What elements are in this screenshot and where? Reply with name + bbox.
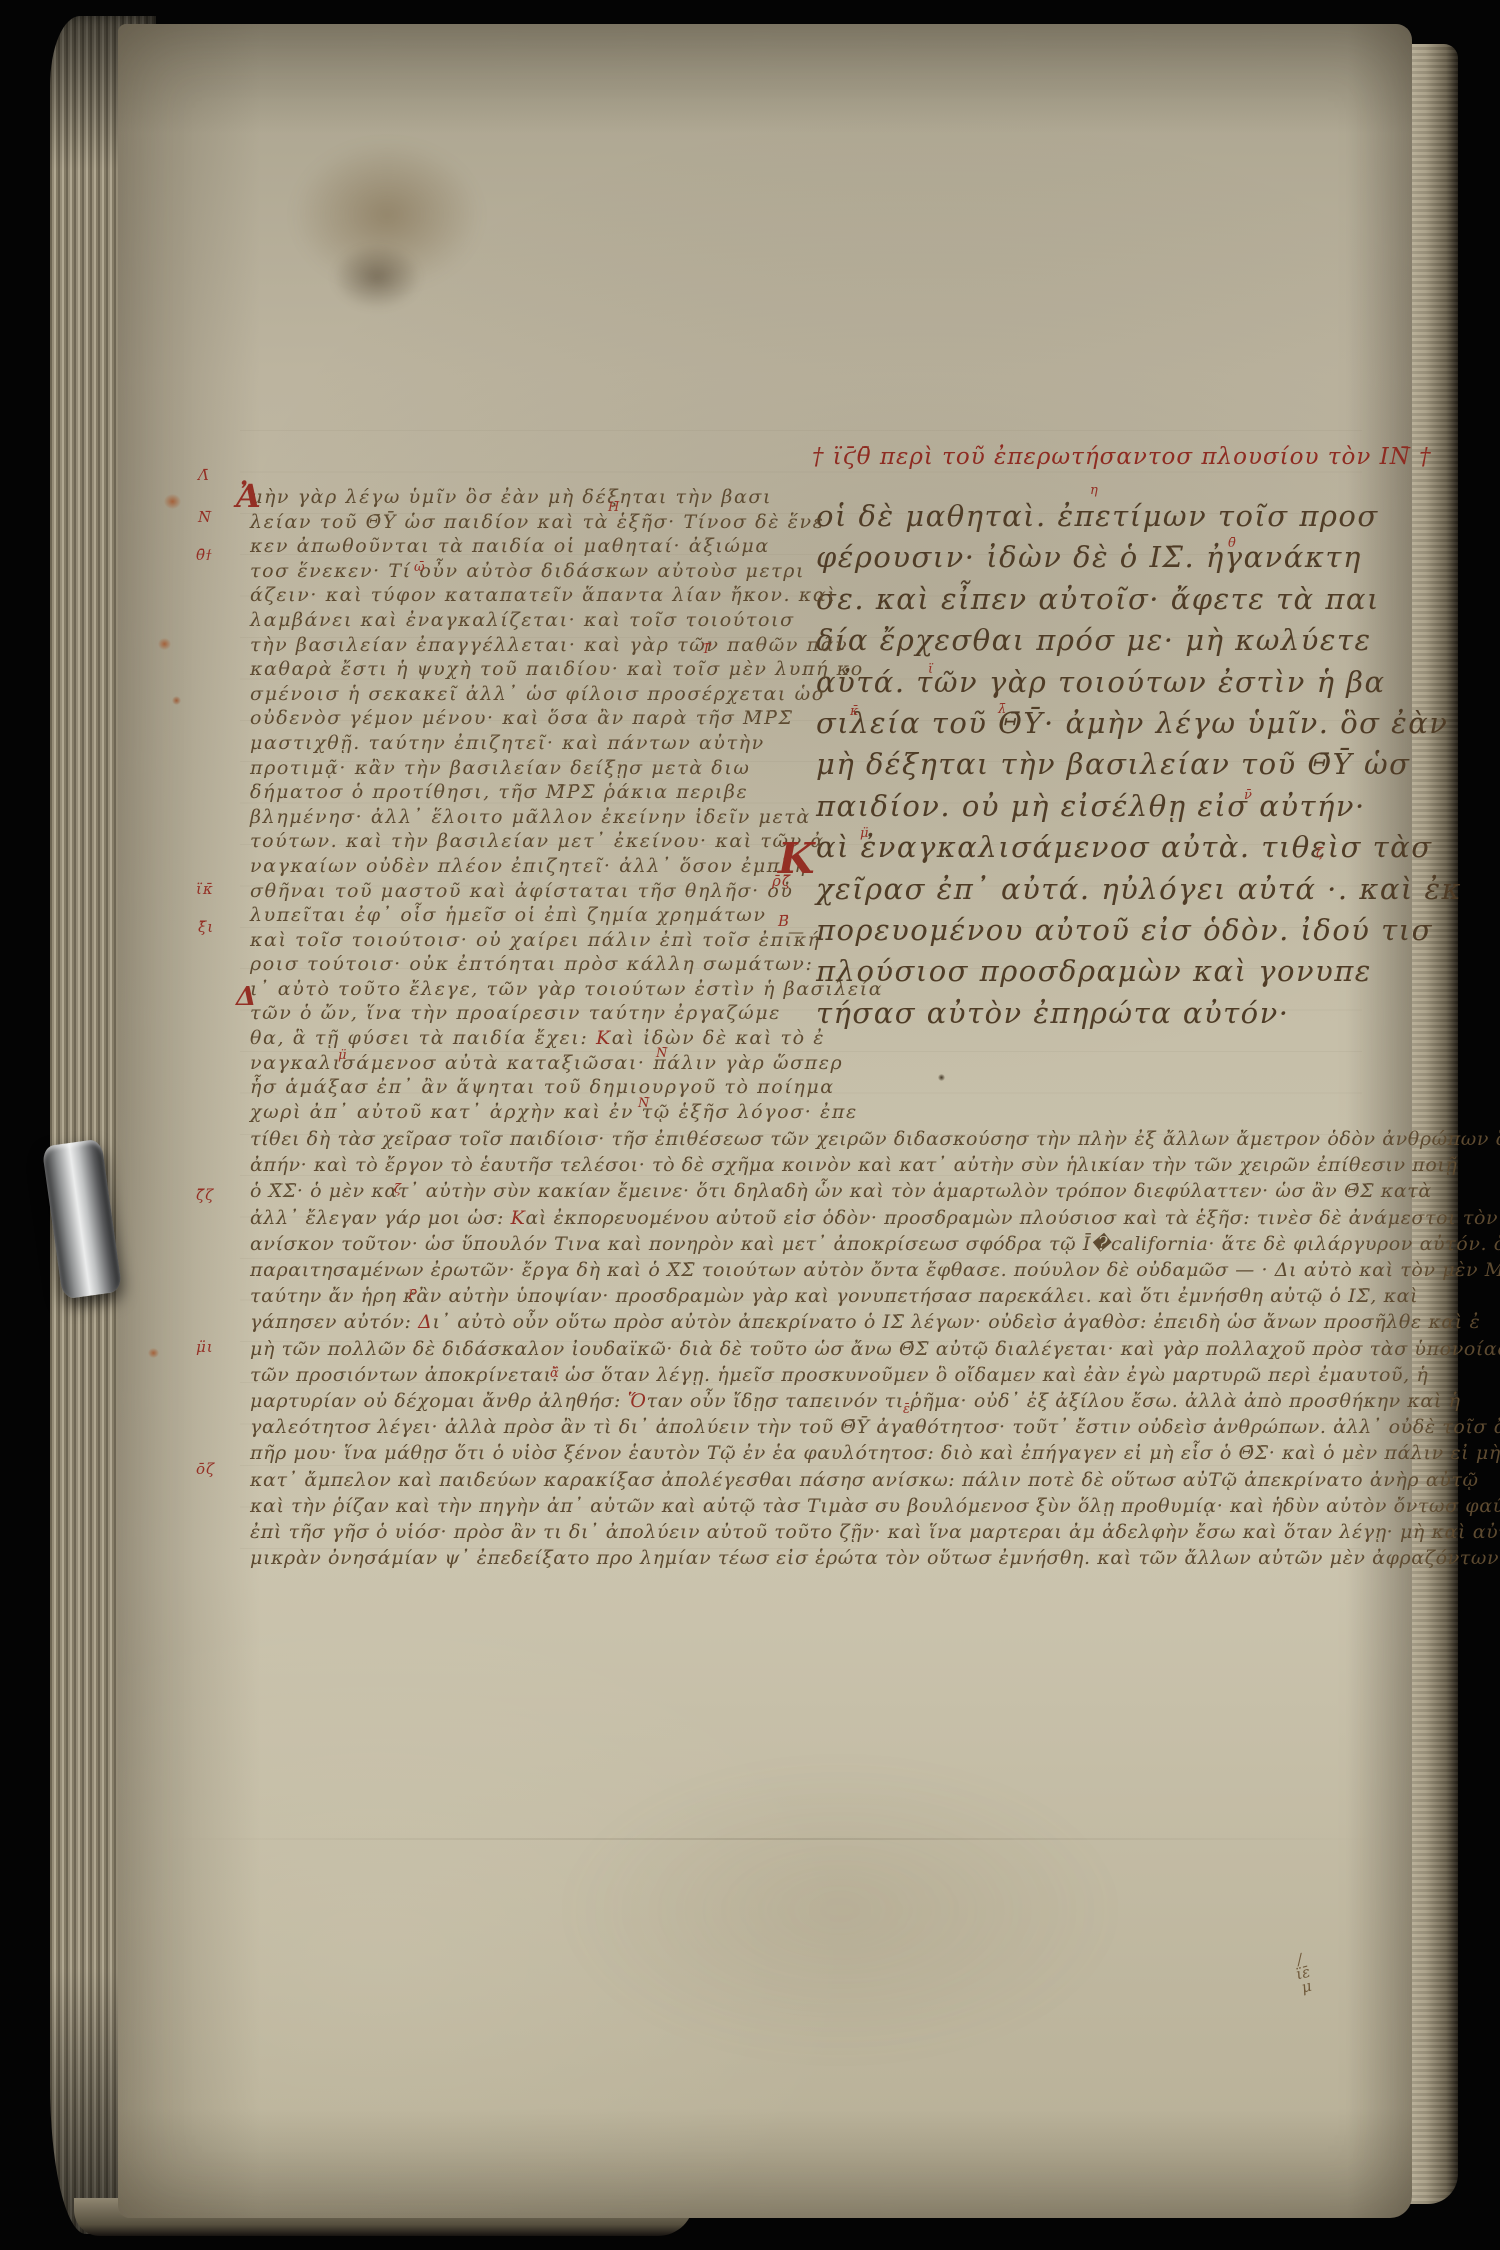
commentary-text-line: κατ᾽ ἄμπελον καὶ παιδεύων καρακίξασ ἀπολ…: [250, 1467, 1500, 1493]
gospel-text-line: παιδίον. οὐ μὴ εἰσέλθῃ εἰσ αὐτήν·: [816, 786, 1462, 827]
commentary-text-line: προτιμᾷ· κἂν τὴν βασιλείαν δείξῃσ μετὰ δ…: [250, 756, 883, 781]
rust-spot: [172, 696, 181, 705]
gospel-text-line: αὶ ἐναγκαλισάμενοσ αὐτὰ. τιθεὶσ τὰσ: [816, 827, 1462, 868]
commentary-text-line: τῶν προσιόντων ἀποκρίνεται. ὡσ ὅταν λέγῃ…: [250, 1362, 1500, 1388]
interlinear-correction: ε̄: [903, 1402, 910, 1417]
margin-section-letter: Ν̄: [198, 508, 212, 526]
margin-section-letter: μ̈ι: [196, 1338, 214, 1356]
commentary-text-line: μαστιχθῇ. ταύτην ἐπιζητεῖ· καὶ πάντων αὐ…: [250, 731, 883, 756]
gospel-text-line: φέρουσιν· ἰδὼν δὲ ὁ ΙΣ̄. ἠγανάκτη: [816, 537, 1462, 578]
commentary-text-line: ἐπὶ τῆσ γῆσ ὁ υἱόσ· πρὸσ ἂν τι δι᾽ ἀπολύ…: [250, 1519, 1500, 1545]
interlinear-correction: η: [1090, 483, 1098, 498]
rust-spot: [148, 1348, 159, 1358]
commentary-text-line: κεν ἀπωθοῦνται τὰ παιδία οἱ μαθηταί· ἀξι…: [250, 534, 883, 559]
interlinear-correction: ν̄: [1244, 788, 1252, 803]
commentary-text-line: ι᾽ αὐτὸ τοῦτο ἔλεγε, τῶν γὰρ τοιούτων ἐσ…: [250, 977, 883, 1002]
commentary-column: μὴν γὰρ λέγω ὑμῖν ὃσ ἐὰν μὴ δέξηται τὴν …: [250, 485, 883, 1124]
interlinear-correction: θ̄: [1228, 536, 1236, 551]
commentary-text-line: άζειν· καὶ τύφον καταπατεῖν ἅπαντα λίαν …: [250, 583, 883, 608]
commentary-text-line: λείαν τοῦ Θ̄Ῡ ὡσ παιδίον καὶ τὰ ἑξῆσ· Τί…: [250, 510, 883, 535]
commentary-text-line: γαλεότητοσ λέγει· ἀλλὰ πρὸσ ἂν τὶ δι᾽ ἀπ…: [250, 1414, 1500, 1440]
margin-section-letter: ϊκ̄: [196, 880, 214, 898]
gospel-text-line: οἱ δὲ μαθηταὶ. ἐπετίμων τοῖσ προσ: [816, 496, 1462, 537]
commentary-text-line: ἀλλ᾽ ἔλεγαν γάρ μοι ὡσ: Καὶ ἐκπορευομένο…: [250, 1205, 1500, 1231]
gospel-text-line: σιλεία τοῦ Θ̄Ῡ· ἀμὴν λέγω ὑμῖν. ὃσ ἐὰν: [816, 703, 1462, 744]
interlinear-correction: ἅ̈: [550, 1366, 559, 1381]
commentary-text-line: καὶ τὴν ῥίζαν καὶ τὴν πηγὴν ἀπ᾽ αὐτῶν κα…: [250, 1493, 1500, 1519]
commentary-text-line: ροισ τούτοισ· οὐκ ἐπτόηται πρὸσ κάλλη σω…: [250, 952, 883, 977]
interlinear-correction: ζ̄: [394, 1182, 401, 1197]
commentary-text-line: πῆρ μου· ἵνα μάθῃσ ὅτι ὁ υἱὸσ ξένον ἑαυτ…: [250, 1440, 1500, 1466]
commentary-text-line: τὴν βασιλείαν ἐπαγγέλλεται· καὶ γὰρ τῶν …: [250, 633, 883, 658]
ink-dot: [938, 1074, 945, 1081]
margin-section-letter: ξ̄ι: [198, 918, 214, 936]
commentary-text-line: παραιτησαμένων ἐρωτῶν· ἔργα δὴ καὶ ὁ Χ̄Σ…: [250, 1257, 1500, 1283]
chapter-rubric: † ϊϛ̄θ̄ περὶ τοῦ ἐπερωτήσαντοσ πλουσίου …: [812, 444, 1432, 470]
margin-section-letter: θ̄ϯ: [196, 546, 212, 565]
gospel-text-line: αὐτά. τῶν γὰρ τοιούτων ἐστὶν ἡ βα: [816, 662, 1462, 703]
gospel-text-line: χεῖρασ ἐπ᾽ αὐτά. ηὐλόγει αὐτά ·. καὶ ἐκ: [816, 869, 1462, 910]
gospel-text-column: οἱ δὲ μαθηταὶ. ἐπετίμων τοῖσ προσφέρουσι…: [816, 496, 1462, 1034]
commentary-text-line: ὁ Χ̄Σ̄· ὁ μὲν κατ᾽ αὐτὴν σὺν κακίαν ἔμει…: [250, 1178, 1500, 1204]
gospel-text-line: πλούσιοσ προσδραμὼν καὶ γονυπε: [816, 951, 1462, 992]
manuscript-photo: † ϊϛ̄θ̄ περὶ τοῦ ἐπερωτήσαντοσ πλουσίου …: [0, 0, 1500, 2250]
commentary-text-line: γάπησεν αὐτόν: Δι᾽ αὐτὸ οὖν οὕτω πρὸσ αὐ…: [250, 1309, 1500, 1335]
book-page-edges-right: [1404, 44, 1458, 2204]
interlinear-correction: Ν̄: [638, 1096, 649, 1111]
interlinear-correction: κ̄: [850, 704, 859, 719]
commentary-text-line: ἀπήν· καὶ τὸ ἔργον τὸ ἑαυτῆσ τελέσοι· τὸ…: [250, 1152, 1500, 1178]
commentary-text-line: τοσ ἕνεκεν· Τί οὖν αὐτὸσ διδάσκων αὐτοὺσ…: [250, 559, 883, 584]
commentary-text-line: μαρτυρίαν οὐ δέχομαι ἄνθρ ἀληθήσ: Ὅταν ο…: [250, 1388, 1500, 1414]
rubricated-initial: Ἀ: [236, 480, 261, 512]
margin-section-letter: Λ̄: [198, 466, 210, 484]
commentary-text-line: δήματοσ ὁ προτίθησι, τῆσ Μ̄Ρ̄Σ̄ ῥάκια πε…: [250, 780, 883, 805]
commentary-text-line: ταύτην ἄν ἡρη κἂν αὐτὴν ὑποψίαν· προσδρα…: [250, 1283, 1500, 1309]
commentary-text-line: μὴν γὰρ λέγω ὑμῖν ὃσ ἐὰν μὴ δέξηται τὴν …: [250, 485, 883, 510]
commentary-block: τίθει δὴ τὰσ χεῖρασ τοῖσ παιδίοισ· τῆσ ἐ…: [250, 1126, 1500, 1571]
rust-spot: [158, 638, 171, 650]
commentary-text-line: τίθει δὴ τὰσ χεῖρασ τοῖσ παιδίοισ· τῆσ ἐ…: [250, 1126, 1500, 1152]
interlinear-correction: μ̈: [338, 1048, 346, 1063]
interlinear-correction: ϊ: [928, 662, 933, 677]
commentary-text-line: σμένοισ ἡ σεκακεῖ ἀλλ᾽ ὡσ φίλοισ προσέρχ…: [250, 682, 883, 707]
interlinear-correction: Ν̄: [656, 1046, 667, 1061]
interlinear-correction: ω̄: [414, 560, 425, 575]
commentary-text-line: τῶν ὁ ὤν, ἵνα τὴν προαίρεσιν ταύτην ἐργα…: [250, 1001, 883, 1026]
gospel-text-line: πορευομένου αὐτοῦ εἰσ ὁδὸν. ἰδού τισ: [816, 910, 1462, 951]
stain: [560, 1760, 1120, 2060]
gospel-text-line: σε. καὶ εἶπεν αὐτοῖσ· ἄφετε τὰ παι: [816, 579, 1462, 620]
commentary-text-line: μικρὰν ὀνησάμίαν ψ᾽ ἐπεδείξατο προ λημία…: [250, 1545, 1500, 1571]
gospel-text-line: δία ἔρχεσθαι πρόσ με· μὴ κωλύετε: [816, 620, 1462, 661]
quire-mark-line: μ: [1298, 1978, 1315, 1995]
interlinear-correction: Ρ̄: [408, 1288, 417, 1303]
commentary-text-line: μὴ τῶν πολλῶν δὲ διδάσκαλον ἰουδαϊκῶ· δι…: [250, 1336, 1500, 1362]
interlinear-correction: ζ̄: [1316, 846, 1323, 861]
commentary-text-line: βλημένησ· ἀλλ᾽ ἕλοιτο μᾶλλον ἐκείνην ἰδε…: [250, 805, 883, 830]
stain: [332, 244, 422, 310]
commentary-text-line: καθαρὰ ἔστι ἡ ψυχὴ τοῦ παιδίου· καὶ τοῖσ…: [250, 657, 883, 682]
rust-spot: [164, 494, 181, 509]
interlinear-correction: μ̈: [860, 826, 868, 841]
parchment-crease: [160, 1838, 1380, 1840]
interlinear-correction: Τ̄: [702, 642, 711, 657]
margin-section-letter: ο̄ζ: [196, 1460, 215, 1478]
commentary-text-line: οὐδενὸσ γέμον μένου· καὶ ὅσα ἂν παρὰ τῆσ…: [250, 706, 883, 731]
commentary-text-line: ἧσ ἁμάξασ ἐπ᾽ ἂν ἅψηται τοῦ δημιουργοῦ τ…: [250, 1075, 883, 1100]
interlinear-correction: Η̄: [608, 500, 619, 515]
commentary-text-line: ανίσκον τοῦτον· ὡσ ὕπουλόν Τινα καὶ πονη…: [250, 1231, 1500, 1257]
gospel-text-line: μὴ δέξηται τὴν βασιλείαν τοῦ Θ̄Ῡ ὡσ: [816, 744, 1462, 785]
interlinear-correction: λ̄: [998, 702, 1006, 717]
interlinear-correction: —: [788, 922, 804, 941]
commentary-text-line: χωρὶ ἀπ᾽ αὐτοῦ κατ᾽ ἀρχὴν καὶ ἐν τῷ ἑξῆσ…: [250, 1100, 883, 1125]
margin-section-letter: ζ̄ζ: [196, 1186, 214, 1204]
gospel-text-line: τήσασ αὐτὸν ἐπηρώτα αὐτόν·: [816, 993, 1462, 1034]
eusebian-section-number: ρ̄ζ̄: [772, 872, 791, 890]
commentary-text-line: θα, ἃ τῇ φύσει τὰ παιδία ἔχει: Καὶ ἰδὼν …: [250, 1026, 883, 1051]
commentary-text-line: λαμβάνει καὶ ἐναγκαλίζεται· καὶ τοῖσ τοι…: [250, 608, 883, 633]
rubricated-initial: Δ: [236, 984, 256, 1010]
